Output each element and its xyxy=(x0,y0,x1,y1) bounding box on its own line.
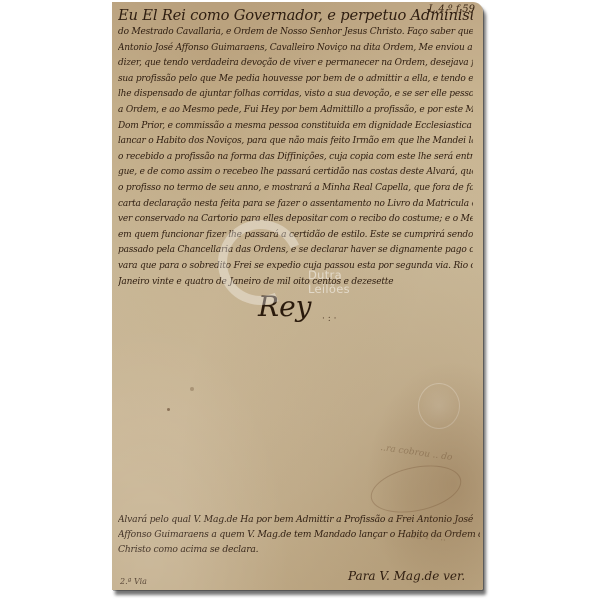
watermark-line1: Dutra xyxy=(308,268,350,282)
body-line: lancar o Habito dos Noviços, para que nã… xyxy=(118,133,473,149)
footer-signature: Para V. Mag.de ver. xyxy=(348,569,465,583)
body-line: o recebido a profissão na forma das Diff… xyxy=(118,149,473,165)
watermark-text: Dutra Leilões xyxy=(308,268,350,296)
manuscript-page: L.4.º f.59 Eu El Rei como Governador, e … xyxy=(112,2,483,590)
body-line: Antonio José Affonso Guimaraens, Cavalle… xyxy=(118,40,473,56)
watermark-line2: Leilões xyxy=(308,282,350,296)
summary-line: Alvará pelo qual V. Mag.de Ha por bem Ad… xyxy=(118,512,480,527)
ink-spot xyxy=(190,387,194,391)
body-line: sua profissão pelo que Me pedia houvesse… xyxy=(118,71,473,87)
body-line: carta declaração nesta feita para se faz… xyxy=(118,196,473,212)
body-line: o profisso no termo de seu anno, e mostr… xyxy=(118,180,473,196)
body-line: Dom Prior, e commissão a mesma pessoa co… xyxy=(118,118,473,134)
body-line: do Mestrado Cavallaria, e Ordem de Nosso… xyxy=(118,24,473,40)
body-line: gue, e de como assim o recebeo lhe passa… xyxy=(118,164,473,180)
signature-marks: · : · xyxy=(322,314,336,324)
alvara-summary: Alvará pelo qual V. Mag.de Ha por bem Ad… xyxy=(118,512,480,557)
summary-line: Affonso Guimaraens a quem V. Mag.de tem … xyxy=(118,527,480,542)
via-note: 2.ª Via xyxy=(120,577,147,586)
summary-line: Christo como acima se declara. xyxy=(118,542,480,557)
body-line: a Ordem, e ao Mesmo pede, Fui Hey por be… xyxy=(118,102,473,118)
bleed-through-text: ..ra cobrou .. do xyxy=(380,443,453,463)
bleed-through-flourish xyxy=(366,458,465,520)
dry-seal-emboss xyxy=(418,383,460,429)
body-line: ver conservado na Cartorio para elles de… xyxy=(118,211,473,227)
heading-line: Eu El Rei como Governador, e perpetuo Ad… xyxy=(118,6,473,24)
body-line: lhe dispensado de ajuntar folhas corrida… xyxy=(118,86,473,102)
ink-spot xyxy=(167,408,170,411)
body-line: dizer, que tendo verdadeira devoção de v… xyxy=(118,55,473,71)
